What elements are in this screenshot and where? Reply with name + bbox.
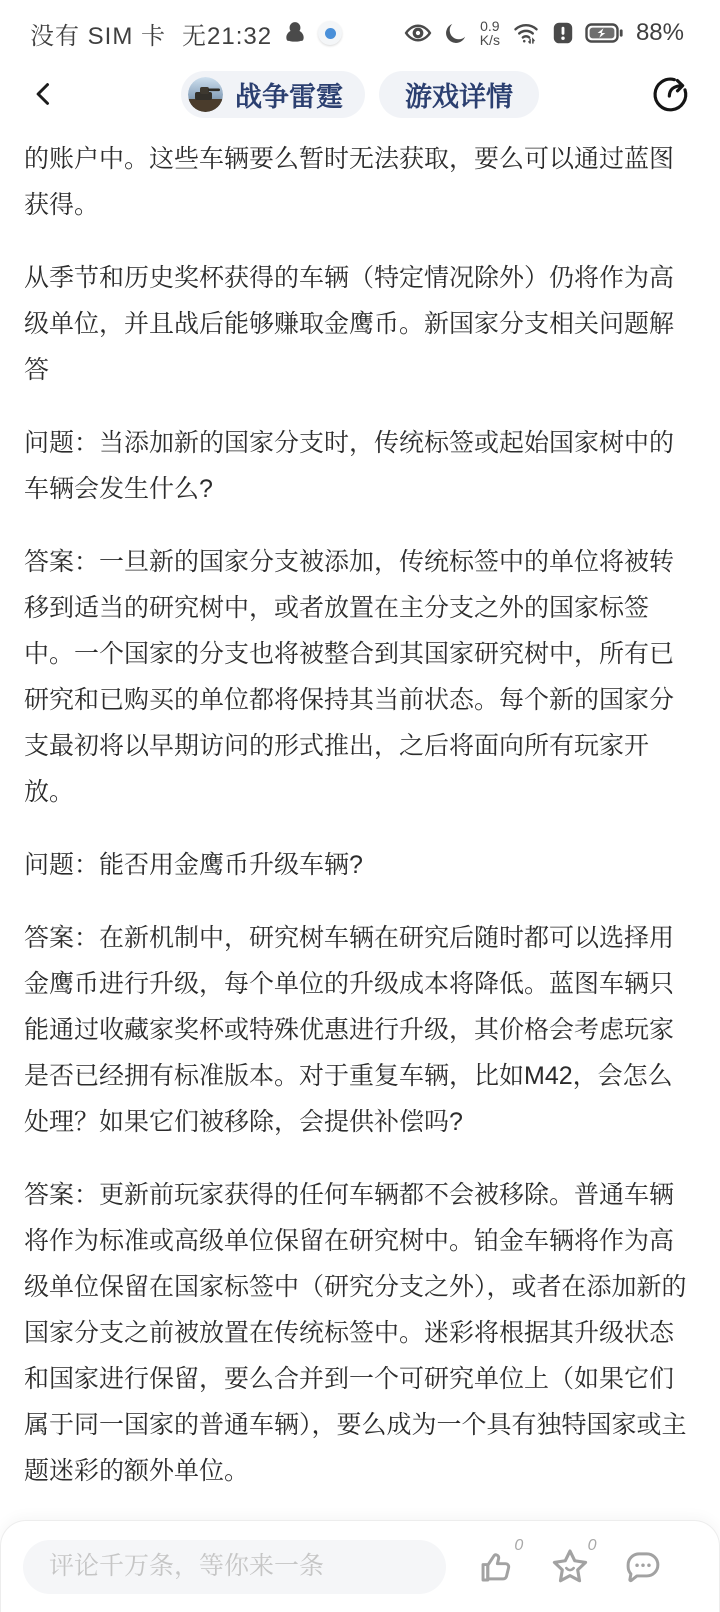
article-paragraph: 的账户中。这些车辆要么暂时无法获取，要么可以通过蓝图获得。 bbox=[24, 136, 696, 228]
article-paragraph: 问题：当添加新的国家分支时，传统标签或起始国家树中的车辆会发生什么? bbox=[24, 420, 696, 512]
app-screen: 没有 SIM 卡 无21:32 0.9 bbox=[0, 0, 720, 1612]
article-body: 的账户中。这些车辆要么暂时无法获取，要么可以通过蓝图获得。 从季节和历史奖杯获得… bbox=[0, 128, 720, 1494]
article-paragraph: 从季节和历史奖杯获得的车辆（特定情况除外）仍将作为高级单位，并且战后能够赚取金鹰… bbox=[24, 255, 696, 393]
thumbs-up-icon bbox=[475, 1546, 517, 1588]
qq-notification-icon bbox=[282, 19, 308, 47]
network-speed-unit: K/s bbox=[480, 33, 500, 47]
article-paragraph: 答案：在新机制中，研究树车辆在研究后随时都可以选择用金鹰币进行升级，每个单位的升… bbox=[24, 915, 696, 1145]
game-detail-pill[interactable]: 游戏详情 bbox=[379, 71, 539, 118]
comment-bar: 0 0 bbox=[0, 1520, 720, 1612]
back-chevron-icon bbox=[29, 77, 59, 111]
share-icon bbox=[650, 74, 690, 114]
carrier-text: 没有 SIM 卡 bbox=[30, 16, 166, 51]
game-avatar-icon bbox=[188, 77, 223, 112]
favorite-button[interactable]: 0 bbox=[547, 1541, 593, 1593]
floating-ball-icon[interactable] bbox=[318, 21, 342, 45]
comment-bubble-icon bbox=[622, 1546, 664, 1588]
status-bar: 没有 SIM 卡 无21:32 0.9 bbox=[0, 0, 720, 60]
game-tab-pill[interactable]: 战争雷霆 bbox=[181, 71, 365, 118]
article-paragraph: 答案：更新前玩家获得的任何车辆都不会被移除。普通车辆将作为标准或高级单位保留在研… bbox=[24, 1172, 696, 1494]
battery-charging-icon bbox=[585, 20, 625, 46]
status-bar-right: 0.9 K/s bbox=[403, 18, 684, 48]
comment-input[interactable] bbox=[23, 1540, 446, 1594]
sim-alert-icon bbox=[550, 19, 576, 47]
article-paragraph: 问题：能否用金鹰币升级车辆? bbox=[24, 842, 696, 888]
article-paragraph: 答案：一旦新的国家分支被添加，传统标签中的单位将被转移到适当的研究树中，或者放置… bbox=[24, 539, 696, 815]
star-icon bbox=[548, 1545, 592, 1589]
comment-bar-actions: 0 0 bbox=[446, 1541, 693, 1593]
network-speed: 0.9 K/s bbox=[480, 19, 500, 47]
favorite-count: 0 bbox=[588, 1537, 597, 1555]
wifi-icon bbox=[511, 19, 541, 47]
battery-percent: 88% bbox=[636, 19, 684, 47]
like-button[interactable]: 0 bbox=[473, 1541, 519, 1593]
status-time: 无21:32 bbox=[182, 16, 272, 51]
network-speed-value: 0.9 bbox=[480, 19, 499, 33]
game-detail-label: 游戏详情 bbox=[405, 75, 513, 114]
nav-bar: 战争雷霆 游戏详情 bbox=[0, 60, 720, 128]
like-count: 0 bbox=[514, 1537, 523, 1555]
back-button[interactable] bbox=[22, 70, 66, 118]
eye-protection-icon bbox=[403, 18, 433, 48]
game-tab-label: 战争雷霆 bbox=[235, 75, 343, 114]
comment-button[interactable] bbox=[620, 1541, 666, 1593]
share-button[interactable] bbox=[646, 70, 694, 118]
status-bar-left: 没有 SIM 卡 无21:32 bbox=[30, 16, 342, 51]
dark-mode-moon-icon bbox=[442, 20, 469, 47]
